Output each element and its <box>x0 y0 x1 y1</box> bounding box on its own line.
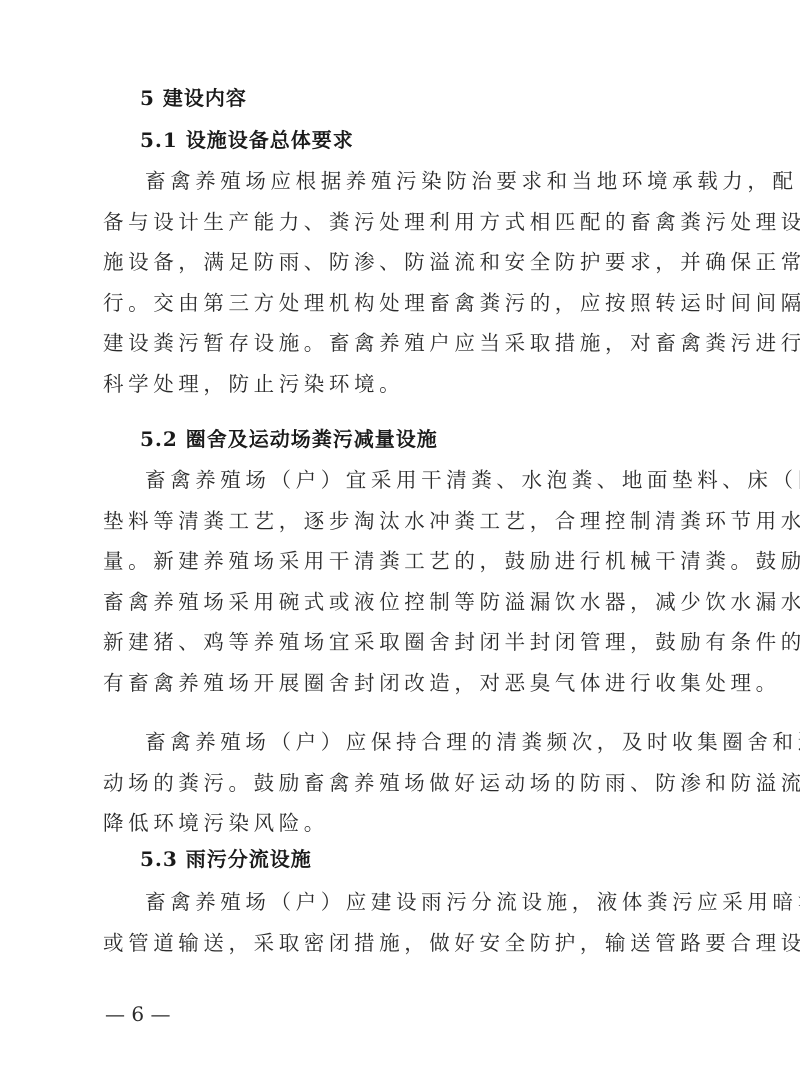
paragraph-line: 畜禽养殖场应根据养殖污染防治要求和当地环境承载力，配 <box>103 161 703 202</box>
page-number: — 6 — <box>105 1000 170 1028</box>
paragraph-line: 备与设计生产能力、粪污处理利用方式相匹配的畜禽粪污处理设 <box>103 202 703 243</box>
paragraph-line: 行。交由第三方处理机构处理畜禽粪污的，应按照转运时间间隔 <box>103 283 703 324</box>
paragraph-line: 畜禽养殖场采用碗式或液位控制等防溢漏饮水器，减少饮水漏水。 <box>103 582 703 623</box>
section-heading: 5 建设内容 <box>140 84 247 112</box>
subsection-heading-5-3: 5.3 雨污分流设施 <box>140 845 312 873</box>
paragraph-line: 动场的粪污。鼓励畜禽养殖场做好运动场的防雨、防渗和防溢流， <box>103 763 703 804</box>
paragraph-line: 畜禽养殖场（户）应保持合理的清粪频次，及时收集圈舍和运 <box>103 722 703 763</box>
subsection-heading-5-1: 5.1 设施设备总体要求 <box>140 126 354 154</box>
paragraph-line: 量。新建养殖场采用干清粪工艺的，鼓励进行机械干清粪。鼓励 <box>103 541 703 582</box>
paragraph-line: 新建猪、鸡等养殖场宜采取圈舍封闭半封闭管理，鼓励有条件的现 <box>103 622 703 663</box>
paragraph-5-2-b: 畜禽养殖场（户）应保持合理的清粪频次，及时收集圈舍和运 动场的粪污。鼓励畜禽养殖… <box>103 722 703 844</box>
paragraph-line: 垫料等清粪工艺，逐步淘汰水冲粪工艺，合理控制清粪环节用水 <box>103 501 703 542</box>
paragraph-5-3: 畜禽养殖场（户）应建设雨污分流设施，液体粪污应采用暗沟 或管道输送，采取密闭措施… <box>103 882 703 963</box>
paragraph-line: 建设粪污暂存设施。畜禽养殖户应当采取措施，对畜禽粪污进行 <box>103 323 703 364</box>
paragraph-line: 或管道输送，采取密闭措施，做好安全防护，输送管路要合理设置 <box>103 923 703 964</box>
document-page: 5 建设内容 5.1 设施设备总体要求 畜禽养殖场应根据养殖污染防治要求和当地环… <box>0 0 800 1081</box>
paragraph-5-2-a: 畜禽养殖场（户）宜采用干清粪、水泡粪、地面垫料、床（网）下 垫料等清粪工艺，逐步… <box>103 460 703 703</box>
paragraph-line: 施设备，满足防雨、防渗、防溢流和安全防护要求，并确保正常运 <box>103 242 703 283</box>
paragraph-line: 降低环境污染风险。 <box>103 803 703 844</box>
subsection-heading-5-2: 5.2 圈舍及运动场粪污减量设施 <box>140 425 438 453</box>
paragraph-line: 畜禽养殖场（户）应建设雨污分流设施，液体粪污应采用暗沟 <box>103 882 703 923</box>
paragraph-line: 有畜禽养殖场开展圈舍封闭改造，对恶臭气体进行收集处理。 <box>103 663 703 704</box>
paragraph-line: 畜禽养殖场（户）宜采用干清粪、水泡粪、地面垫料、床（网）下 <box>103 460 703 501</box>
paragraph-line: 科学处理，防止污染环境。 <box>103 364 703 405</box>
paragraph-5-1: 畜禽养殖场应根据养殖污染防治要求和当地环境承载力，配 备与设计生产能力、粪污处理… <box>103 161 703 404</box>
